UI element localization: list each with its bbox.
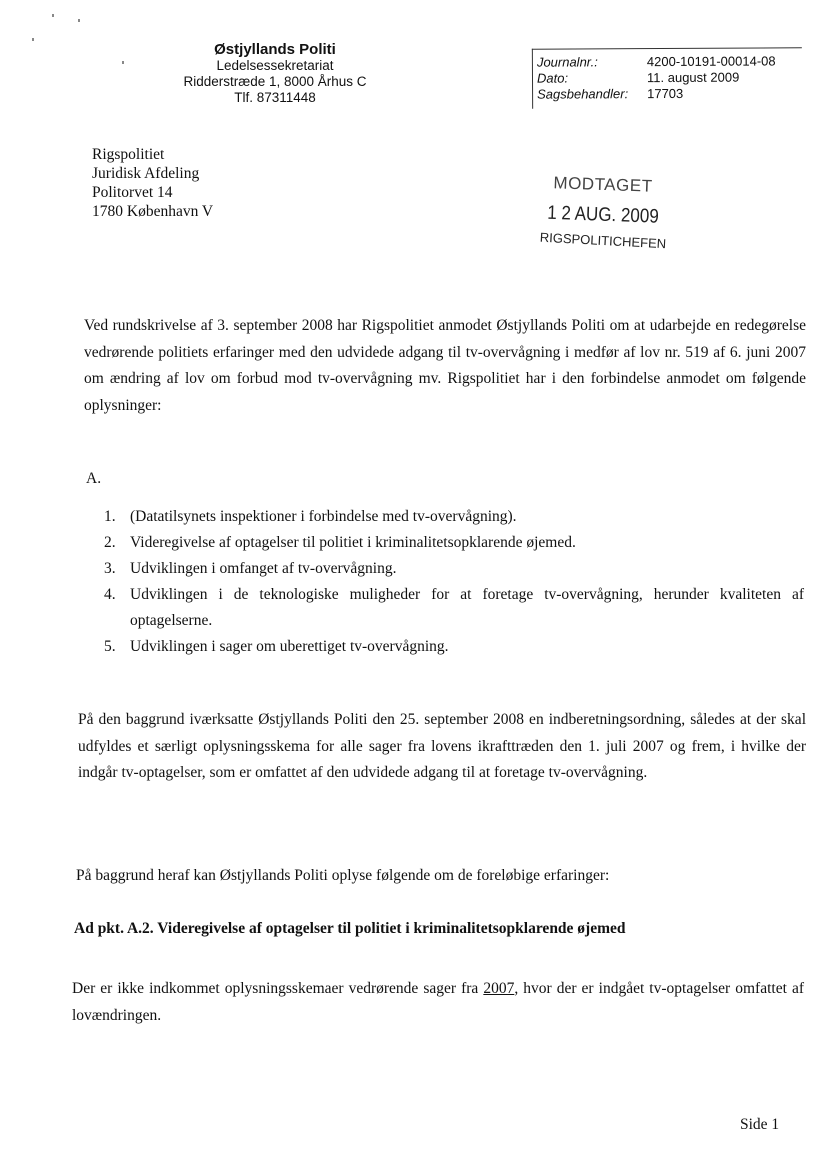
request-item: 2.Videregivelse af optagelser til politi… xyxy=(104,530,804,556)
request-number: 1. xyxy=(104,504,130,530)
request-item: 3.Udviklingen i omfanget af tv-overvågni… xyxy=(104,556,804,582)
date-row: Dato: 11. august 2009 xyxy=(537,69,802,86)
section-label: A. xyxy=(86,470,101,488)
sender-letterhead: Østjyllands Politi Ledelsessekretariat R… xyxy=(170,42,380,106)
document-page: Østjyllands Politi Ledelsessekretariat R… xyxy=(0,0,826,1169)
underlined-year: 2007 xyxy=(483,980,514,997)
findings-intro-paragraph: På baggrund heraf kan Østjyllands Politi… xyxy=(76,863,798,890)
sender-organization: Østjyllands Politi xyxy=(170,42,380,58)
request-number: 3. xyxy=(104,556,130,582)
case-metadata-box: Journalnr.: 4200-10191-00014-08 Dato: 11… xyxy=(532,47,802,108)
scan-artifact xyxy=(78,19,80,22)
request-number: 4. xyxy=(104,582,130,634)
handler-label: Sagsbehandler: xyxy=(537,86,647,103)
findings-text: Der er ikke indkommet oplysningsskemaer … xyxy=(72,980,483,997)
request-number: 5. xyxy=(104,634,130,660)
request-text: Udviklingen i sager om uberettiget tv-ov… xyxy=(130,634,804,660)
stamp-date: 1 2 AUG. 2009 xyxy=(528,201,679,229)
intro-paragraph: Ved rundskrivelse af 3. september 2008 h… xyxy=(84,313,806,419)
recipient-address: Rigspolitiet Juridisk Afdeling Politorve… xyxy=(92,145,213,221)
stamp-received-label: MODTAGET xyxy=(528,172,679,197)
recipient-line: Juridisk Afdeling xyxy=(92,164,213,183)
request-number: 2. xyxy=(104,530,130,556)
date-value: 11. august 2009 xyxy=(647,70,739,86)
handler-value: 17703 xyxy=(647,86,683,102)
request-item: 4.Udviklingen i de teknologiske mulighed… xyxy=(104,582,804,634)
scan-artifact xyxy=(32,38,34,41)
request-text: (Datatilsynets inspektioner i forbindels… xyxy=(130,504,804,530)
background-paragraph: På den baggrund iværksatte Østjyllands P… xyxy=(78,707,806,787)
sender-phone: Tlf. 87311448 xyxy=(170,90,380,106)
scan-artifact xyxy=(122,61,124,64)
scan-artifact xyxy=(52,14,54,17)
sender-address: Ridderstræde 1, 8000 Århus C xyxy=(170,74,380,90)
section-heading: Ad pkt. A.2. Videregivelse af optagelser… xyxy=(74,920,626,938)
date-label: Dato: xyxy=(537,70,647,87)
journal-row: Journalnr.: 4200-10191-00014-08 xyxy=(537,53,802,70)
sender-department: Ledelsessekretariat xyxy=(170,58,380,74)
recipient-line: 1780 København V xyxy=(92,202,213,221)
received-stamp: MODTAGET 1 2 AUG. 2009 RIGSPOLITICHEFEN xyxy=(528,175,678,248)
journal-label: Journalnr.: xyxy=(537,54,647,71)
request-list: 1.(Datatilsynets inspektioner i forbinde… xyxy=(104,504,804,660)
page-number: Side 1 xyxy=(740,1116,779,1134)
recipient-line: Politorvet 14 xyxy=(92,183,213,202)
recipient-line: Rigspolitiet xyxy=(92,145,213,164)
journal-value: 4200-10191-00014-08 xyxy=(647,53,776,70)
request-text: Udviklingen i de teknologiske muligheder… xyxy=(130,582,804,634)
handler-row: Sagsbehandler: 17703 xyxy=(537,85,802,102)
request-item: 1.(Datatilsynets inspektioner i forbinde… xyxy=(104,504,804,530)
request-text: Udviklingen i omfanget af tv-overvågning… xyxy=(130,556,804,582)
findings-paragraph: Der er ikke indkommet oplysningsskemaer … xyxy=(72,976,804,1029)
request-text: Videregivelse af optagelser til politiet… xyxy=(130,530,804,556)
request-item: 5.Udviklingen i sager om uberettiget tv-… xyxy=(104,634,804,660)
stamp-office: RIGSPOLITICHEFEN xyxy=(528,229,679,252)
